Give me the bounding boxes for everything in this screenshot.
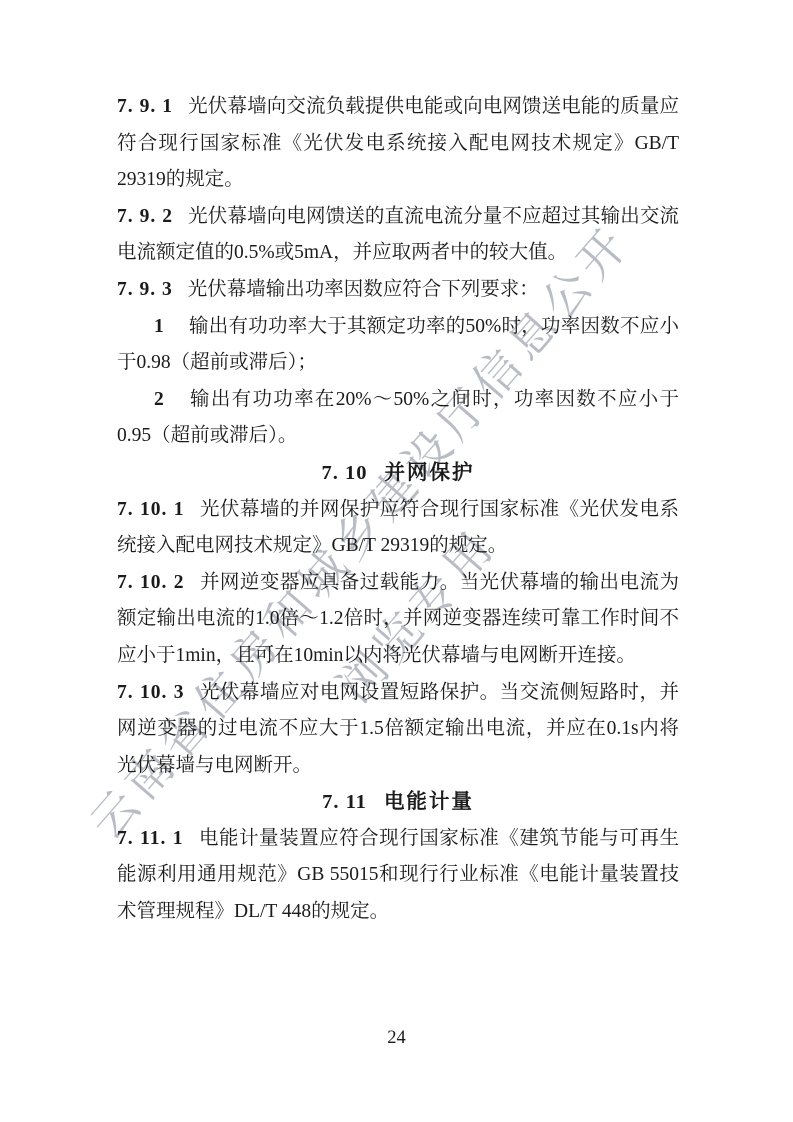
clause-text: 光伏幕墙应对电网设置短路保护。当交流侧短路时，并网逆变器的过电流不应大于1.5倍… <box>117 682 679 776</box>
heading-number: 7. 11 <box>322 791 367 813</box>
clause-7-9-1: 7. 9. 1光伏幕墙向交流负载提供电能或向电网馈送电能的质量应符合现行国家标准… <box>117 89 679 199</box>
clause-text: 光伏幕墙向交流负载提供电能或向电网馈送电能的质量应符合现行国家标准《光伏发电系统… <box>117 96 679 190</box>
section-heading-7-10: 7. 10并网保护 <box>117 455 679 492</box>
clause-7-9-2: 7. 9. 2光伏幕墙向电网馈送的直流电流分量不应超过其输出交流电流额定值的0.… <box>117 199 679 272</box>
item-text: 输出有功功率在20%～50%之间时，功率因数不应小于0.95（超前或滞后）。 <box>117 389 679 447</box>
list-item-2: 2输出有功功率在20%～50%之间时，功率因数不应小于0.95（超前或滞后）。 <box>117 382 679 455</box>
clause-7-11-1: 7. 11. 1电能计量装置应符合现行国家标准《建筑节能与可再生能源利用通用规范… <box>117 821 679 931</box>
clause-number: 7. 9. 3 <box>117 279 173 300</box>
clause-text: 光伏幕墙的并网保护应符合现行国家标准《光伏发电系统接入配电网技术规定》GB/T … <box>117 499 679 557</box>
clause-7-9-3: 7. 9. 3光伏幕墙输出功率因数应符合下列要求： <box>117 272 679 309</box>
page-number: 24 <box>0 1028 793 1049</box>
clause-number: 7. 9. 1 <box>117 96 173 117</box>
clause-number: 7. 10. 2 <box>117 572 184 593</box>
clause-7-10-2: 7. 10. 2并网逆变器应具备过载能力。当光伏幕墙的输出电流为额定输出电流的1… <box>117 565 679 675</box>
list-item-1: 1输出有功功率大于其额定功率的50%时，功率因数不应小于0.98（超前或滞后）； <box>117 309 679 382</box>
heading-title: 电能计量 <box>384 790 474 813</box>
item-number: 2 <box>154 389 164 410</box>
clause-number: 7. 10. 1 <box>117 499 184 520</box>
heading-title: 并网保护 <box>385 461 475 484</box>
clause-text: 并网逆变器应具备过载能力。当光伏幕墙的输出电流为额定输出电流的1.0倍～1.2倍… <box>117 572 679 666</box>
page-content: 7. 9. 1光伏幕墙向交流负载提供电能或向电网馈送电能的质量应符合现行国家标准… <box>117 89 679 931</box>
item-text: 输出有功功率大于其额定功率的50%时，功率因数不应小于0.98（超前或滞后）； <box>117 316 679 374</box>
heading-number: 7. 10 <box>322 462 368 484</box>
clause-7-10-1: 7. 10. 1光伏幕墙的并网保护应符合现行国家标准《光伏发电系统接入配电网技术… <box>117 492 679 565</box>
clause-number: 7. 10. 3 <box>117 682 184 703</box>
clause-text: 光伏幕墙输出功率因数应符合下列要求： <box>188 279 539 300</box>
item-number: 1 <box>154 316 164 337</box>
clause-number: 7. 11. 1 <box>117 828 183 849</box>
clause-number: 7. 9. 2 <box>117 206 173 227</box>
clause-text: 光伏幕墙向电网馈送的直流电流分量不应超过其输出交流电流额定值的0.5%或5mA，… <box>117 206 679 264</box>
clause-7-10-3: 7. 10. 3光伏幕墙应对电网设置短路保护。当交流侧短路时，并网逆变器的过电流… <box>117 675 679 785</box>
section-heading-7-11: 7. 11电能计量 <box>117 784 679 821</box>
clause-text: 电能计量装置应符合现行国家标准《建筑节能与可再生能源利用通用规范》GB 5501… <box>117 828 679 922</box>
document-page: 云南省住房和城乡建设厅信息公开 浏览专用 7. 9. 1光伏幕墙向交流负载提供电… <box>0 0 793 1122</box>
